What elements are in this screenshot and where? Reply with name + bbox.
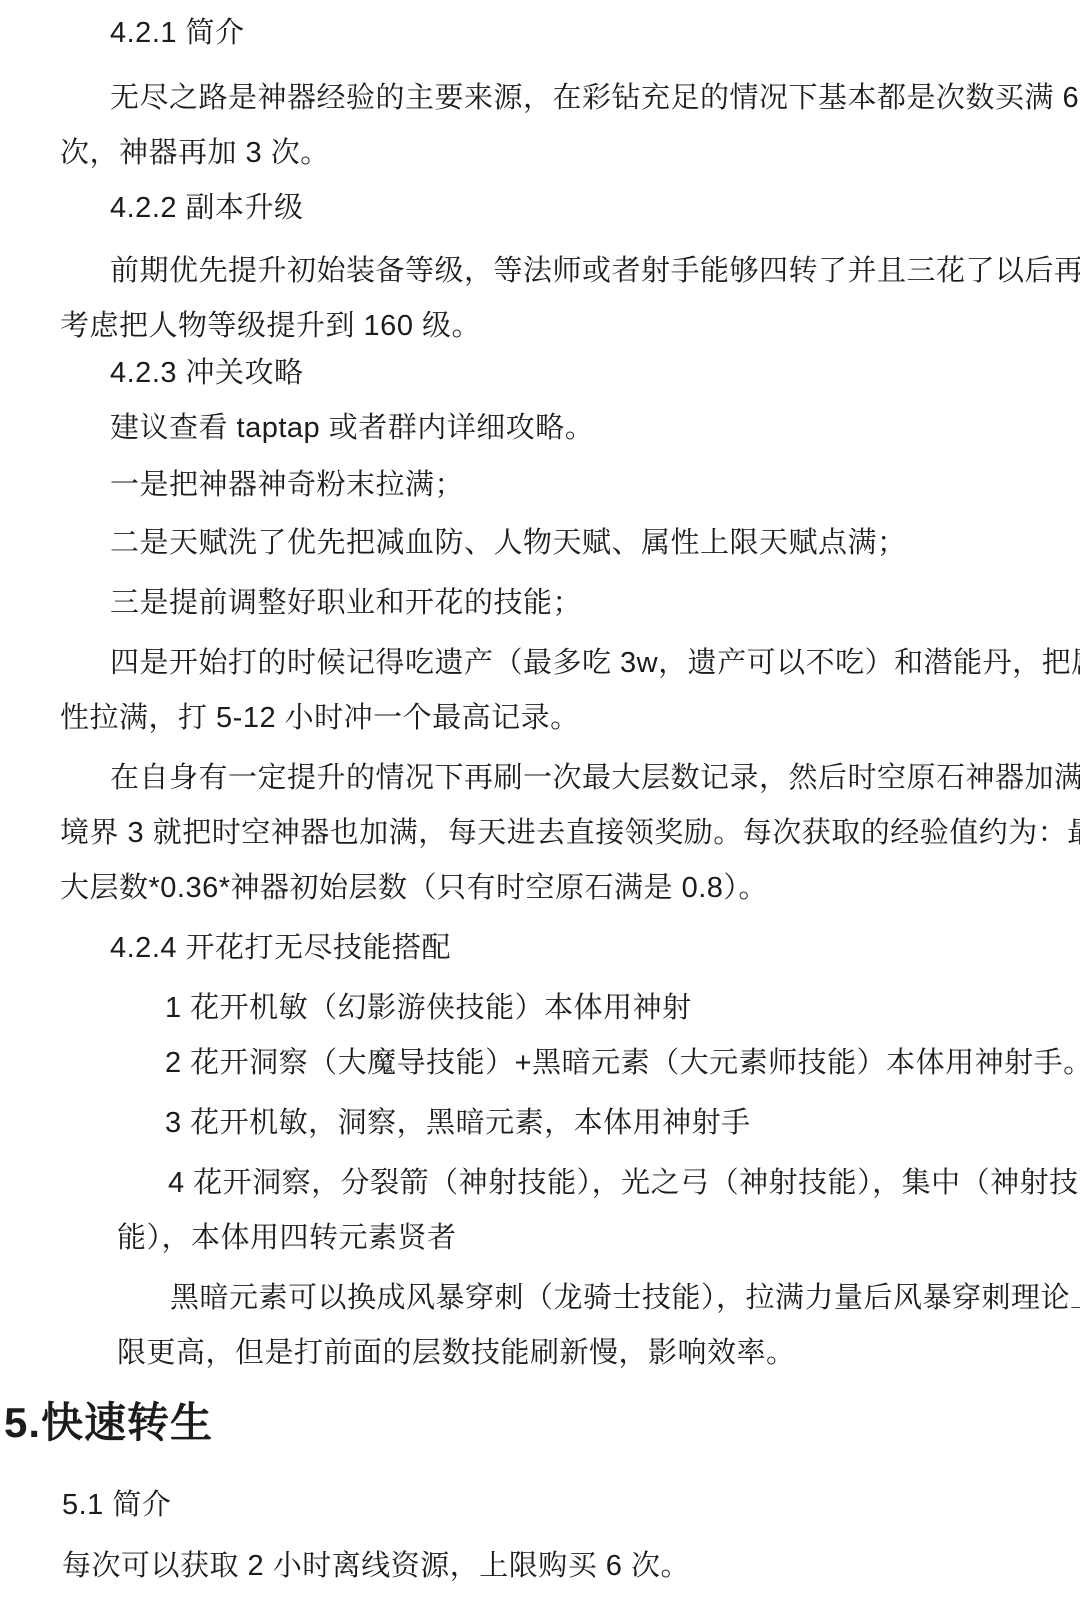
skill-combo-item-2: 2 花开洞察（大魔导技能）+黑暗元素（大元素师技能）本体用神射手。 [165, 1036, 1080, 1091]
text-line: 境界 3 就把时空神器也加满，每天进去直接领奖励。每次获取的经验值约为：最 [60, 806, 1080, 861]
text-line: 能），本体用四转元素贤者 [117, 1211, 1079, 1266]
text-line: 每次可以获取 2 小时离线资源，上限购买 6 次。 [62, 1539, 690, 1594]
heading-5-1: 5.1 简介 [62, 1478, 171, 1533]
heading-4-2-3: 4.2.3 冲关攻略 [110, 346, 304, 401]
text-line: 次，神器再加 3 次。 [60, 126, 1079, 181]
text-line: 4 花开洞察，分裂箭（神射技能），光之弓（神射技能），集中（神射技 [168, 1156, 1079, 1211]
para-rebirth-intro: 每次可以获取 2 小时离线资源，上限购买 6 次。 [62, 1539, 690, 1594]
text-line: 三是提前调整好职业和开花的技能； [110, 576, 582, 631]
document-page: 4.2.1 简介 无尽之路是神器经验的主要来源，在彩钻充足的情况下基本都是次数买… [0, 0, 1080, 1605]
heading-4-2-4: 4.2.4 开花打无尽技能搭配 [110, 921, 451, 976]
para-point-three: 三是提前调整好职业和开花的技能； [110, 576, 582, 631]
text-line: 在自身有一定提升的情况下再刷一次最大层数记录，然后时空原石神器加满， [110, 751, 1080, 806]
text-line: 1 花开机敏（幻影游侠技能）本体用神射 [165, 981, 692, 1036]
para-point-one: 一是把神器神奇粉末拉满； [110, 458, 464, 513]
heading-5-fast-rebirth: 5.快速转生 [4, 1392, 213, 1454]
text-line: 性拉满，打 5-12 小时冲一个最高记录。 [60, 691, 1080, 746]
text-line: 建议查看 taptap 或者群内详细攻略。 [110, 401, 594, 456]
text-line: 黑暗元素可以换成风暴穿刺（龙骑士技能），拉满力量后风暴穿刺理论上 [170, 1271, 1080, 1326]
text-line: 4.2.1 简介 [110, 6, 245, 61]
skill-combo-item-4: 4 花开洞察，分裂箭（神射技能），光之弓（神射技能），集中（神射技 能），本体用… [117, 1156, 1079, 1266]
para-endless-road-intro: 无尽之路是神器经验的主要来源，在彩钻充足的情况下基本都是次数买满 6 次，神器再… [60, 71, 1079, 181]
heading-4-2-1: 4.2.1 简介 [110, 6, 245, 61]
text-line: 4.2.3 冲关攻略 [110, 346, 304, 401]
text-line: 限更高，但是打前面的层数技能刷新慢，影响效率。 [117, 1326, 1080, 1381]
text-line: 3 花开机敏，洞察，黑暗元素，本体用神射手 [165, 1096, 751, 1151]
text-line: 无尽之路是神器经验的主要来源，在彩钻充足的情况下基本都是次数买满 6 [110, 71, 1079, 126]
text-line: 5.快速转生 [4, 1392, 213, 1454]
para-dungeon-upgrade: 前期优先提升初始装备等级，等法师或者射手能够四转了并且三花了以后再 考虑把人物等… [60, 244, 1080, 354]
para-point-four: 四是开始打的时候记得吃遗产（最多吃 3w，遗产可以不吃）和潜能丹，把属 性拉满，… [60, 636, 1080, 746]
text-line: 前期优先提升初始装备等级，等法师或者射手能够四转了并且三花了以后再 [110, 244, 1080, 299]
text-line: 一是把神器神奇粉末拉满； [110, 458, 464, 513]
text-line: 四是开始打的时候记得吃遗产（最多吃 3w，遗产可以不吃）和潜能丹，把属 [110, 636, 1080, 691]
skill-combo-item-1: 1 花开机敏（幻影游侠技能）本体用神射 [165, 981, 692, 1036]
para-realm-strategy: 在自身有一定提升的情况下再刷一次最大层数记录，然后时空原石神器加满， 境界 3 … [60, 751, 1080, 916]
skill-combo-item-3: 3 花开机敏，洞察，黑暗元素，本体用神射手 [165, 1096, 751, 1151]
para-guide-reference: 建议查看 taptap 或者群内详细攻略。 [110, 401, 594, 456]
text-line: 5.1 简介 [62, 1478, 171, 1533]
text-line: 4.2.4 开花打无尽技能搭配 [110, 921, 451, 976]
text-line: 大层数*0.36*神器初始层数（只有时空原石满是 0.8）。 [60, 861, 1080, 916]
text-line: 2 花开洞察（大魔导技能）+黑暗元素（大元素师技能）本体用神射手。 [165, 1036, 1080, 1091]
heading-4-2-2: 4.2.2 副本升级 [110, 181, 304, 236]
text-line: 二是天赋洗了优先把减血防、人物天赋、属性上限天赋点满； [110, 516, 907, 571]
para-dark-element-note: 黑暗元素可以换成风暴穿刺（龙骑士技能），拉满力量后风暴穿刺理论上 限更高，但是打… [117, 1271, 1080, 1381]
para-point-two: 二是天赋洗了优先把减血防、人物天赋、属性上限天赋点满； [110, 516, 907, 571]
text-line: 4.2.2 副本升级 [110, 181, 304, 236]
